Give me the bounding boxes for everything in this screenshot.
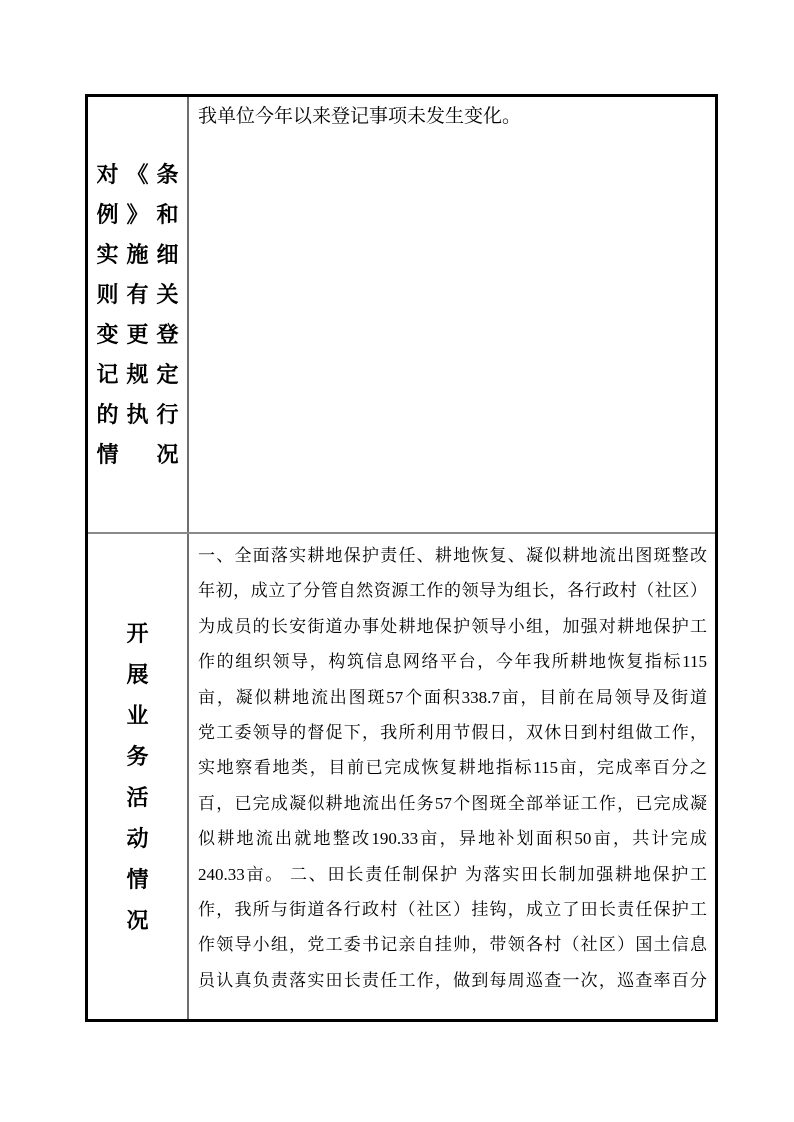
- label-line: 对《条: [97, 155, 179, 195]
- table-row-regulation-compliance: 对《条例》和实施细则有关变更登记规定的执行情况 我单位今年以来登记事项未发生变化…: [88, 97, 715, 534]
- label-line: 情况: [97, 435, 179, 475]
- row-content-regulation-compliance: 我单位今年以来登记事项未发生变化。: [189, 97, 715, 532]
- content-text-line: 我单位今年以来登记事项未发生变化。: [198, 102, 707, 132]
- content-text-line: 240.33亩。 二、田长责任制保护 为落实田长制加强耕地保护工: [198, 857, 707, 892]
- label-line: 记规定: [97, 355, 179, 395]
- content-text-line: 党工委领导的督促下，我所利用节假日，双休日到村组做工作，: [198, 715, 707, 750]
- content-text-line: 亩，凝似耕地流出图斑57个面积338.7亩，目前在局领导及街道: [198, 680, 707, 715]
- label-line: 例》和: [97, 195, 179, 235]
- row-label-regulation-compliance: 对《条例》和实施细则有关变更登记规定的执行情况: [88, 97, 189, 532]
- content-text-line: 一、全面落实耕地保护责任、耕地恢复、凝似耕地流出图斑整改: [198, 538, 707, 573]
- content-text-line: 员认真负责落实田长责任工作，做到每周巡查一次，巡查率百分: [198, 963, 707, 998]
- content-text-line: 年初，成立了分管自然资源工作的领导为组长，各行政村（社区）: [198, 573, 707, 608]
- content-text-line: 作的组织领导，构筑信息网络平台，今年我所耕地恢复指标115: [198, 644, 707, 679]
- label-line: 活: [97, 777, 179, 818]
- label-line: 业: [97, 695, 179, 736]
- content-text-line: 作，我所与街道各行政村（社区）挂钩，成立了田长责任保护工: [198, 892, 707, 927]
- label-line: 则有关: [97, 275, 179, 315]
- content-text-line: 似耕地流出就地整改190.33亩，异地补划面积50亩，共计完成: [198, 821, 707, 856]
- content-text-line: 百，已完成凝似耕地流出任务57个图斑全部举证工作，已完成凝: [198, 786, 707, 821]
- label-line: 务: [97, 736, 179, 777]
- label-line: 的执行: [97, 395, 179, 435]
- row-content-business-activities: 一、全面落实耕地保护责任、耕地恢复、凝似耕地流出图斑整改年初，成立了分管自然资源…: [189, 534, 715, 1019]
- label-line: 变更登: [97, 315, 179, 355]
- document-page: 对《条例》和实施细则有关变更登记规定的执行情况 我单位今年以来登记事项未发生变化…: [0, 0, 794, 1122]
- label-line: 展: [97, 654, 179, 695]
- label-line: 况: [97, 900, 179, 941]
- label-line: 动: [97, 818, 179, 859]
- label-line: 情: [97, 859, 179, 900]
- row-label-business-activities: 开展业务活动情况: [88, 534, 189, 1019]
- content-text-line: 为成员的长安街道办事处耕地保护领导小组，加强对耕地保护工: [198, 609, 707, 644]
- content-text-line: 作领导小组，党工委书记亲自挂帅，带领各村（社区）国土信息: [198, 927, 707, 962]
- table-row-business-activities: 开展业务活动情况 一、全面落实耕地保护责任、耕地恢复、凝似耕地流出图斑整改年初，…: [88, 534, 715, 1019]
- label-line: 实施细: [97, 235, 179, 275]
- content-text-line: 实地察看地类，目前已完成恢复耕地指标115亩，完成率百分之: [198, 750, 707, 785]
- label-line: 开: [97, 613, 179, 654]
- registration-form-table: 对《条例》和实施细则有关变更登记规定的执行情况 我单位今年以来登记事项未发生变化…: [85, 94, 718, 1022]
